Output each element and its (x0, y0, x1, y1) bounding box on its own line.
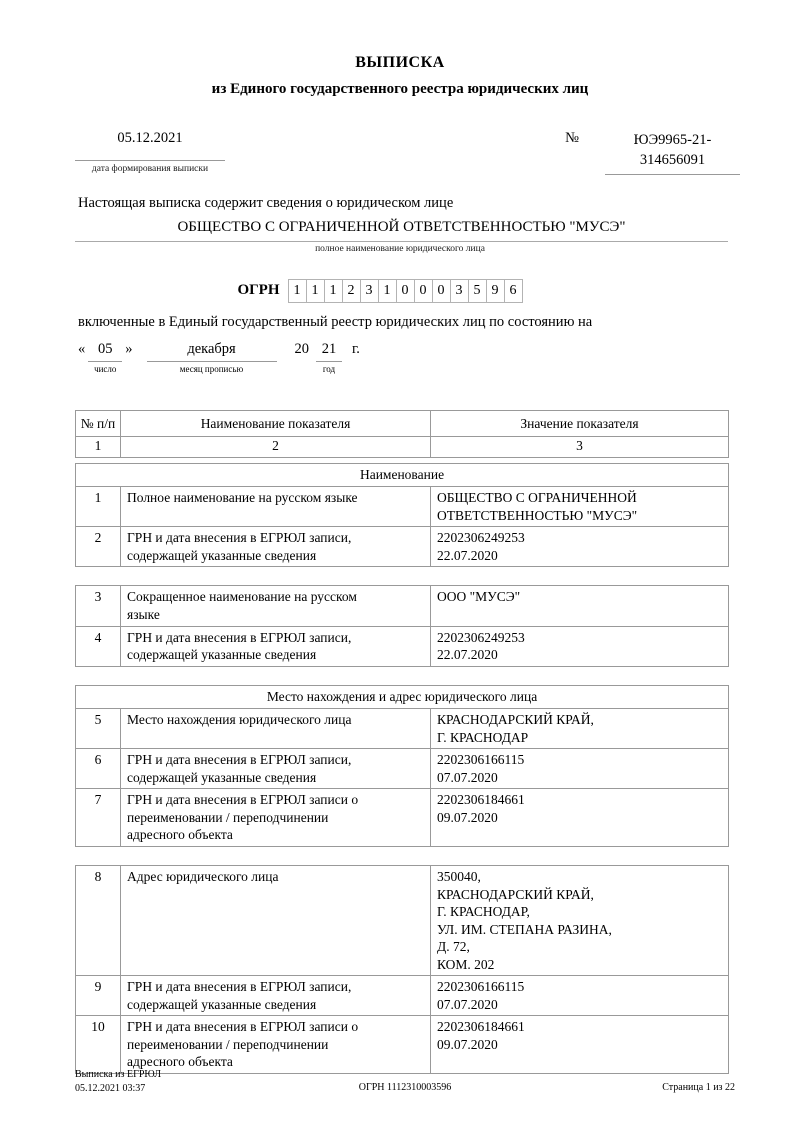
footer-doc-type: Выписка из ЕГРЮЛ (75, 1068, 161, 1082)
indicator-value-cell: ООО "МУСЭ" (431, 586, 729, 626)
company-name-block: ОБЩЕСТВО С ОГРАНИЧЕННОЙ ОТВЕТСТВЕННОСТЬЮ… (75, 219, 728, 242)
day-label: число (88, 364, 122, 374)
month-fill-group: декабря месяц прописью (147, 341, 277, 374)
row-number-cell: 10 (76, 1016, 121, 1074)
header-cell-indicator-name: Наименование показателя (121, 410, 431, 437)
table-block: Место нахождения и адрес юридического ли… (75, 685, 729, 847)
issue-date: 05.12.2021 (75, 130, 225, 161)
included-line: включенные в Единый государственный реес… (78, 314, 728, 331)
day-value: 05 (88, 341, 122, 362)
year-fill-group: 21 год (316, 341, 342, 374)
indicator-name-cell: ГРН и дата внесения в ЕГРЮЛ записи о пер… (121, 789, 431, 847)
table-row: 3Сокращенное наименование на русском язы… (76, 586, 729, 626)
table-row: 10ГРН и дата внесения в ЕГРЮЛ записи о п… (76, 1016, 729, 1074)
indicator-name-cell: ГРН и дата внесения в ЕГРЮЛ записи, соде… (121, 527, 431, 567)
open-quote: « (78, 341, 85, 358)
column-numbers-row: 1 2 3 (76, 437, 729, 458)
ogrn-digit-box: 5 (468, 279, 487, 303)
row-number-cell: 1 (76, 487, 121, 527)
year-century: 20 (295, 341, 310, 358)
close-quote: » (125, 341, 132, 358)
ogrn-digit-box: 0 (414, 279, 433, 303)
day-fill-group: 05 число (88, 341, 122, 374)
year-value: 21 (316, 341, 342, 362)
ogrn-digit-box: 1 (306, 279, 325, 303)
indicator-name-cell: ГРН и дата внесения в ЕГРЮЛ записи, соде… (121, 749, 431, 789)
row-number-cell: 3 (76, 586, 121, 626)
table-row: 6ГРН и дата внесения в ЕГРЮЛ записи, сод… (76, 749, 729, 789)
row-number-cell: 6 (76, 749, 121, 789)
issue-row: 05.12.2021 дата формирования выписки № Ю… (75, 130, 740, 175)
indicator-name-cell: Сокращенное наименование на русском язык… (121, 586, 431, 626)
row-number-cell: 8 (76, 865, 121, 975)
indicator-name-cell: ГРН и дата внесения в ЕГРЮЛ записи о пер… (121, 1016, 431, 1074)
company-name-label: полное наименование юридического лица (0, 244, 800, 254)
ogrn-digit-box: 0 (432, 279, 451, 303)
indicator-name-cell: Полное наименование на русском языке (121, 487, 431, 527)
row-number-cell: 2 (76, 527, 121, 567)
issue-date-block: 05.12.2021 дата формирования выписки (75, 130, 225, 174)
section-header-row: Место нахождения и адрес юридического ли… (76, 685, 729, 709)
table-header-block: № п/п Наименование показателя Значение п… (75, 410, 729, 458)
footer-ogrn: ОГРН 1112310003596 (75, 1081, 735, 1095)
indicator-value-cell: 2202306249253 22.07.2020 (431, 626, 729, 666)
issue-date-label: дата формирования выписки (75, 164, 225, 174)
indicator-name-cell: Место нахождения юридического лица (121, 709, 431, 749)
issue-number-block: № ЮЭ9965-21-314656091 (565, 130, 740, 175)
table-block: 8Адрес юридического лица350040, КРАСНОДА… (75, 865, 729, 1074)
footer-page-number: Страница 1 из 22 (662, 1081, 735, 1095)
indicator-value-cell: 2202306166115 07.07.2020 (431, 749, 729, 789)
date-fill-row: « 05 число » декабря месяц прописью 20 2… (78, 341, 800, 374)
month-label: месяц прописью (147, 364, 277, 374)
indicator-value-cell: 350040, КРАСНОДАРСКИЙ КРАЙ, Г. КРАСНОДАР… (431, 865, 729, 975)
table-row: 4ГРН и дата внесения в ЕГРЮЛ записи, сод… (76, 626, 729, 666)
row-number-cell: 4 (76, 626, 121, 666)
ogrn-digit-box: 9 (486, 279, 505, 303)
ogrn-digit-box: 6 (504, 279, 523, 303)
year-suffix: г. (352, 341, 360, 358)
intro-line: Настоящая выписка содержит сведения о юр… (78, 195, 728, 212)
ogrn-label: ОГРН (237, 282, 279, 299)
indicator-name-cell: Адрес юридического лица (121, 865, 431, 975)
table-block: 3Сокращенное наименование на русском язы… (75, 585, 729, 666)
column-number-3: 3 (431, 437, 729, 458)
section-header-row: Наименование (76, 463, 729, 487)
table-body-blocks: Наименование1Полное наименование на русс… (75, 463, 800, 1074)
ogrn-row: ОГРН 1112310003596 (0, 279, 780, 303)
header-cell-number: № п/п (76, 410, 121, 437)
number-sign: № (565, 130, 579, 147)
indicator-name-cell: ГРН и дата внесения в ЕГРЮЛ записи, соде… (121, 976, 431, 1016)
table-row: 9ГРН и дата внесения в ЕГРЮЛ записи, сод… (76, 976, 729, 1016)
column-number-2: 2 (121, 437, 431, 458)
table-header-row: № п/п Наименование показателя Значение п… (76, 410, 729, 437)
table-row: 1Полное наименование на русском языкеОБЩ… (76, 487, 729, 527)
year-label: год (316, 364, 342, 374)
section-title: Наименование (76, 463, 729, 487)
indicator-name-cell: ГРН и дата внесения в ЕГРЮЛ записи, соде… (121, 626, 431, 666)
indicator-value-cell: 2202306166115 07.07.2020 (431, 976, 729, 1016)
ogrn-digit-box: 0 (396, 279, 415, 303)
indicator-value-cell: КРАСНОДАРСКИЙ КРАЙ, Г. КРАСНОДАР (431, 709, 729, 749)
ogrn-digit-box: 2 (342, 279, 361, 303)
indicators-table-area: № п/п Наименование показателя Значение п… (75, 410, 800, 1074)
ogrn-digit-box: 1 (324, 279, 343, 303)
table-block: Наименование1Полное наименование на русс… (75, 463, 729, 568)
document-subtitle: из Единого государственного реестра юрид… (0, 81, 800, 98)
indicator-value-cell: 2202306184661 09.07.2020 (431, 789, 729, 847)
ogrn-digit-box: 3 (360, 279, 379, 303)
ogrn-digit-box: 1 (288, 279, 307, 303)
table-row: 2ГРН и дата внесения в ЕГРЮЛ записи, сод… (76, 527, 729, 567)
issue-number: ЮЭ9965-21-314656091 (605, 130, 740, 175)
row-number-cell: 5 (76, 709, 121, 749)
table-row: 5Место нахождения юридического лицаКРАСН… (76, 709, 729, 749)
ogrn-digit-box: 1 (378, 279, 397, 303)
ogrn-digit-boxes: 1112310003596 (289, 279, 523, 303)
column-number-1: 1 (76, 437, 121, 458)
indicator-value-cell: 2202306184661 09.07.2020 (431, 1016, 729, 1074)
egrul-extract-page: ВЫПИСКА из Единого государственного реес… (0, 0, 800, 1132)
table-row: 8Адрес юридического лица350040, КРАСНОДА… (76, 865, 729, 975)
indicator-value-cell: ОБЩЕСТВО С ОГРАНИЧЕННОЙ ОТВЕТСТВЕННОСТЬЮ… (431, 487, 729, 527)
row-number-cell: 7 (76, 789, 121, 847)
header-cell-indicator-value: Значение показателя (431, 410, 729, 437)
document-title: ВЫПИСКА (0, 0, 800, 72)
ogrn-digit-box: 3 (450, 279, 469, 303)
month-value: декабря (147, 341, 277, 362)
section-title: Место нахождения и адрес юридического ли… (76, 685, 729, 709)
company-name: ОБЩЕСТВО С ОГРАНИЧЕННОЙ ОТВЕТСТВЕННОСТЬЮ… (75, 219, 728, 236)
row-number-cell: 9 (76, 976, 121, 1016)
table-row: 7ГРН и дата внесения в ЕГРЮЛ записи о пе… (76, 789, 729, 847)
indicator-value-cell: 2202306249253 22.07.2020 (431, 527, 729, 567)
